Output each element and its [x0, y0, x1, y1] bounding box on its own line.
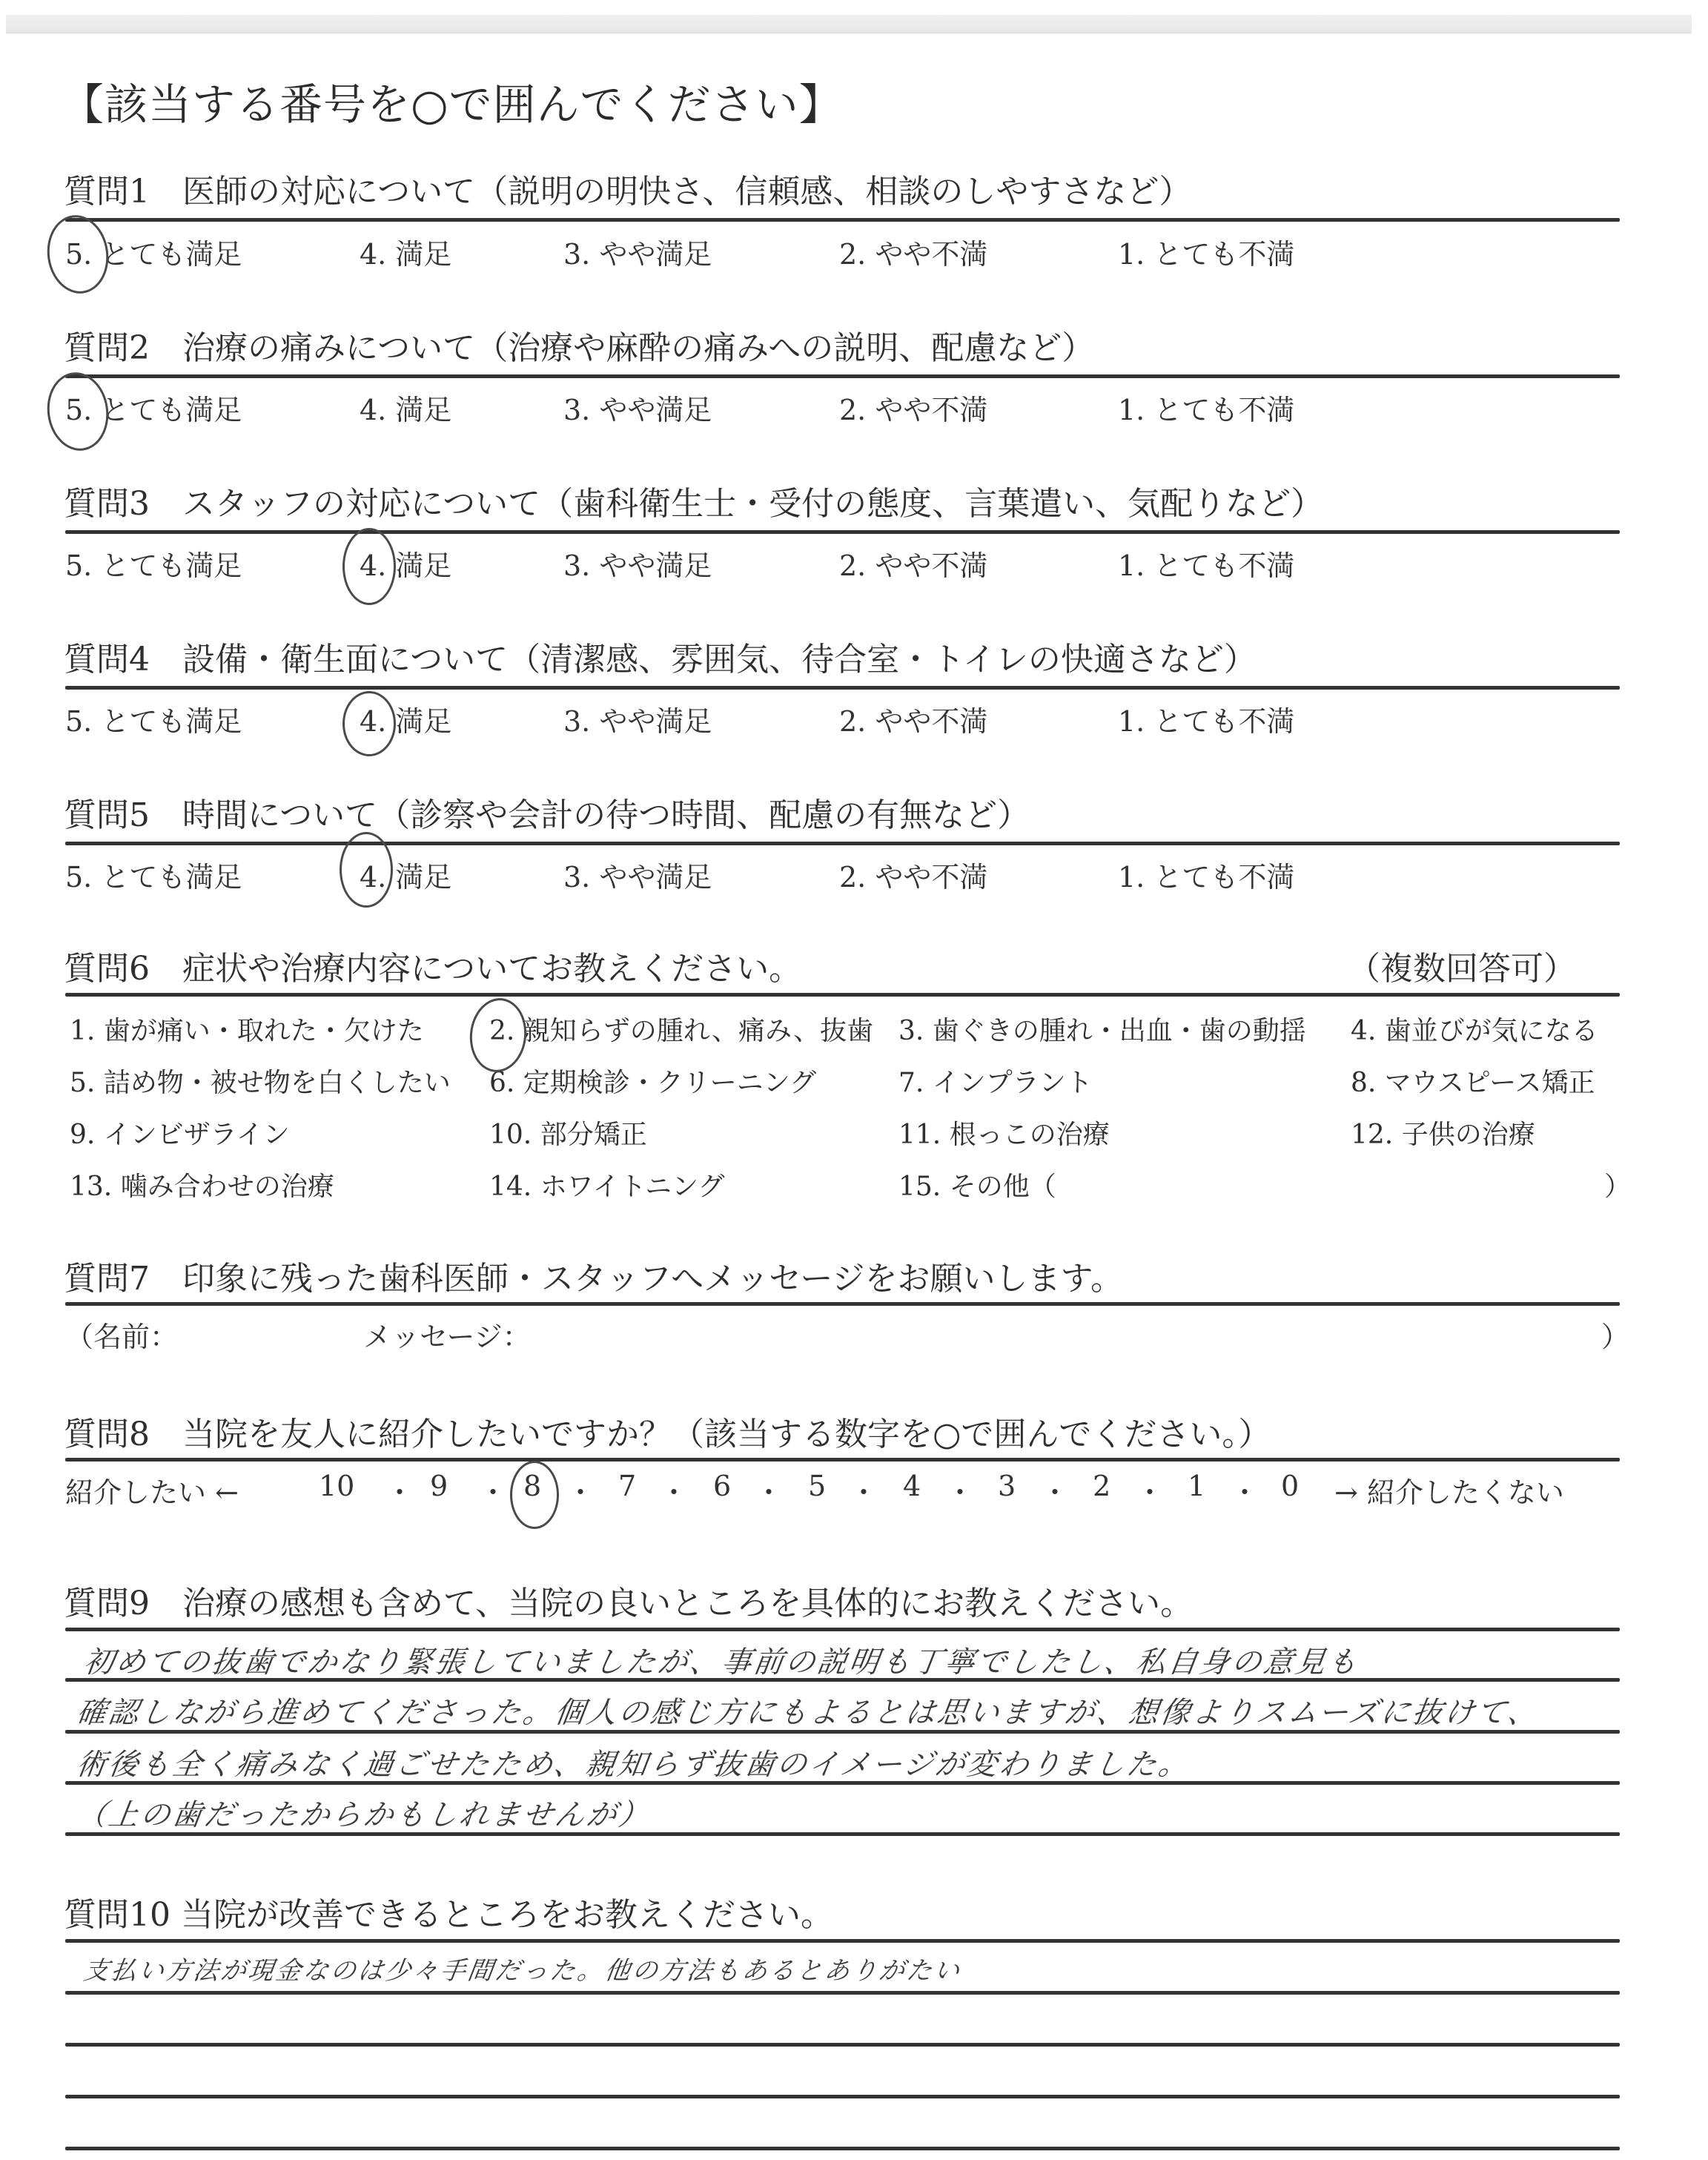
q1-option-1[interactable]: 1. とても不満: [1118, 231, 1294, 272]
question-3-rule: [65, 530, 1620, 534]
scan-top-edge: [6, 15, 1692, 33]
q6-item-15-close: ）: [1604, 1166, 1631, 1203]
question-10-title: 質問10 当院が改善できるところをお教えください。: [64, 1888, 833, 1935]
q4-option-3[interactable]: 3. やや満足: [563, 698, 712, 739]
q5-option-4[interactable]: 4. 満足: [360, 854, 451, 895]
q8-sep: ・: [946, 1470, 974, 1510]
q6-item-2[interactable]: 2. 親知らずの腫れ、痛み、抜歯: [489, 1010, 873, 1048]
q3-option-4[interactable]: 4. 満足: [360, 543, 451, 584]
q3-option-5[interactable]: 5. とても満足: [65, 543, 242, 584]
question-9-title: 質問9 治療の感想も含めて、当院の良いところを具体的にお教えください。: [64, 1576, 1193, 1624]
q9-answer-line-3: 術後も全く痛みなく過ごせたため、親知らず抜歯のイメージが変わりました。: [74, 1741, 1194, 1783]
q8-score-1[interactable]: 1: [1188, 1470, 1205, 1502]
q8-sep: ・: [1231, 1470, 1259, 1510]
question-5-rule: [65, 842, 1620, 845]
q8-sep: ・: [1136, 1470, 1164, 1510]
q4-option-5[interactable]: 5. とても満足: [65, 698, 242, 739]
question-6-rule: [65, 993, 1620, 997]
q5-option-2[interactable]: 2. やや不満: [839, 854, 987, 895]
question-4-rule: [65, 686, 1620, 690]
q8-sep: ・: [660, 1470, 688, 1510]
q2-option-2[interactable]: 2. やや不満: [839, 387, 987, 428]
q8-sep: ・: [479, 1470, 507, 1510]
question-10-rule-3: [65, 2043, 1620, 2047]
q9-answer-line-1: 初めての抜歯でかなり緊張していましたが、事前の説明も丁寧でしたし、私自身の意見も: [82, 1639, 1363, 1681]
question-2-rule: [65, 374, 1620, 378]
q6-item-14[interactable]: 14. ホワイトニング: [489, 1166, 724, 1203]
q6-item-3[interactable]: 3. 歯ぐきの腫れ・出血・歯の動揺: [898, 1010, 1306, 1048]
q1-option-3[interactable]: 3. やや満足: [563, 231, 712, 272]
q8-score-6[interactable]: 6: [713, 1470, 731, 1502]
q6-item-15[interactable]: 15. その他（: [898, 1166, 1056, 1203]
q2-option-4[interactable]: 4. 満足: [360, 387, 451, 428]
question-9-rule-1: [65, 1628, 1620, 1631]
q2-option-5[interactable]: 5. とても満足: [65, 387, 242, 428]
q8-score-9[interactable]: 9: [430, 1470, 448, 1502]
q8-score-10[interactable]: 10: [319, 1470, 354, 1502]
q7-message-label: メッセージ：: [363, 1314, 531, 1355]
question-5-title: 質問5 時間について（診察や会計の待つ時間、配慮の有無など）: [64, 788, 1030, 836]
question-2-title: 質問2 治療の痛みについて（治療や麻酔の痛みへの説明、配慮など）: [64, 321, 1094, 369]
q8-score-4[interactable]: 4: [903, 1470, 921, 1502]
q5-option-5[interactable]: 5. とても満足: [65, 854, 242, 895]
q6-item-11[interactable]: 11. 根っこの治療: [898, 1114, 1110, 1152]
q3-option-1[interactable]: 1. とても不満: [1118, 543, 1294, 584]
q5-option-3[interactable]: 3. やや満足: [563, 854, 712, 895]
q6-item-12[interactable]: 12. 子供の治療: [1351, 1114, 1535, 1152]
q8-right-label: → 紹介したくない: [1334, 1470, 1564, 1510]
q10-answer-line-1: 支払い方法が現金なのは少々手間だった。他の方法もあるとありがたい: [82, 1950, 964, 1986]
q8-score-0[interactable]: 0: [1281, 1470, 1299, 1502]
q9-answer-line-4: （上の歯だったからかもしれませんが）: [74, 1791, 654, 1834]
q8-score-5[interactable]: 5: [808, 1470, 826, 1502]
question-10-rule-2: [65, 1991, 1620, 1995]
question-6-multiple-note: （複数回答可）: [1348, 942, 1576, 989]
q1-option-4[interactable]: 4. 満足: [360, 231, 451, 272]
question-7-title: 質問7 印象に残った歯科医師・スタッフへメッセージをお願いします。: [64, 1252, 1123, 1299]
q8-left-label: 紹介したい ←: [65, 1470, 239, 1510]
q9-answer-line-2: 確認しながら進めてくださった。個人の感じ方にもよるとは思いますが、想像よりスムー…: [74, 1689, 1543, 1731]
q4-option-1[interactable]: 1. とても不満: [1118, 698, 1294, 739]
question-8-title: 質問8 当院を友人に紹介したいですか？（該当する数字を○で囲んでください。）: [64, 1407, 1271, 1455]
q6-item-10[interactable]: 10. 部分矯正: [489, 1114, 647, 1152]
q3-option-3[interactable]: 3. やや満足: [563, 543, 712, 584]
q2-option-1[interactable]: 1. とても不満: [1118, 387, 1294, 428]
q8-sep: ・: [850, 1470, 878, 1510]
q6-item-7[interactable]: 7. インプラント: [898, 1062, 1093, 1100]
question-3-title: 質問3 スタッフの対応について（歯科衛生士・受付の態度、言葉遣い、気配りなど）: [64, 477, 1323, 524]
q6-item-4[interactable]: 4. 歯並びが気になる: [1351, 1010, 1598, 1048]
q5-option-1[interactable]: 1. とても不満: [1118, 854, 1294, 895]
question-8-rule: [65, 1458, 1620, 1462]
q6-item-5[interactable]: 5. 詰め物・被せ物を白くしたい: [70, 1062, 451, 1100]
q8-sep: ・: [385, 1470, 414, 1510]
q2-option-3[interactable]: 3. やや満足: [563, 387, 712, 428]
q8-sep: ・: [1041, 1470, 1069, 1510]
q4-option-4[interactable]: 4. 満足: [360, 698, 451, 739]
q7-name-label: （名前：: [65, 1314, 178, 1355]
q1-option-2[interactable]: 2. やや不満: [839, 231, 987, 272]
page-instruction: 【該当する番号を○で囲んでください】: [61, 70, 843, 132]
q6-item-1[interactable]: 1. 歯が痛い・取れた・欠けた: [70, 1010, 424, 1048]
question-10-rule-5: [65, 2147, 1620, 2150]
question-7-rule: [65, 1302, 1620, 1306]
question-6-title: 質問6 症状や治療内容についてお教えください。: [64, 942, 801, 989]
question-10-rule-1: [65, 1939, 1620, 1943]
q3-option-2[interactable]: 2. やや不満: [839, 543, 987, 584]
q7-close-paren: ）: [1601, 1314, 1629, 1355]
q1-option-5[interactable]: 5. とても満足: [65, 231, 242, 272]
q8-sep: ・: [566, 1470, 595, 1510]
q8-sep: ・: [755, 1470, 783, 1510]
question-1-rule: [65, 218, 1620, 222]
q4-option-2[interactable]: 2. やや不満: [839, 698, 987, 739]
q8-score-8[interactable]: 8: [523, 1470, 541, 1502]
question-1-title: 質問1 医師の対応について（説明の明快さ、信頼感、相談のしやすさなど）: [64, 165, 1191, 212]
q8-score-3[interactable]: 3: [998, 1470, 1016, 1502]
q6-item-9[interactable]: 9. インビザライン: [70, 1114, 290, 1152]
q6-item-13[interactable]: 13. 噛み合わせの治療: [70, 1166, 334, 1203]
q6-item-8[interactable]: 8. マウスピース矯正: [1351, 1062, 1595, 1100]
question-10-rule-4: [65, 2095, 1620, 2098]
q6-item-6[interactable]: 6. 定期検診・クリーニング: [489, 1062, 816, 1100]
question-4-title: 質問4 設備・衛生面について（清潔感、雰囲気、待合室・トイレの快適さなど）: [64, 633, 1257, 680]
q8-score-7[interactable]: 7: [618, 1470, 636, 1502]
q8-score-2[interactable]: 2: [1093, 1470, 1110, 1502]
